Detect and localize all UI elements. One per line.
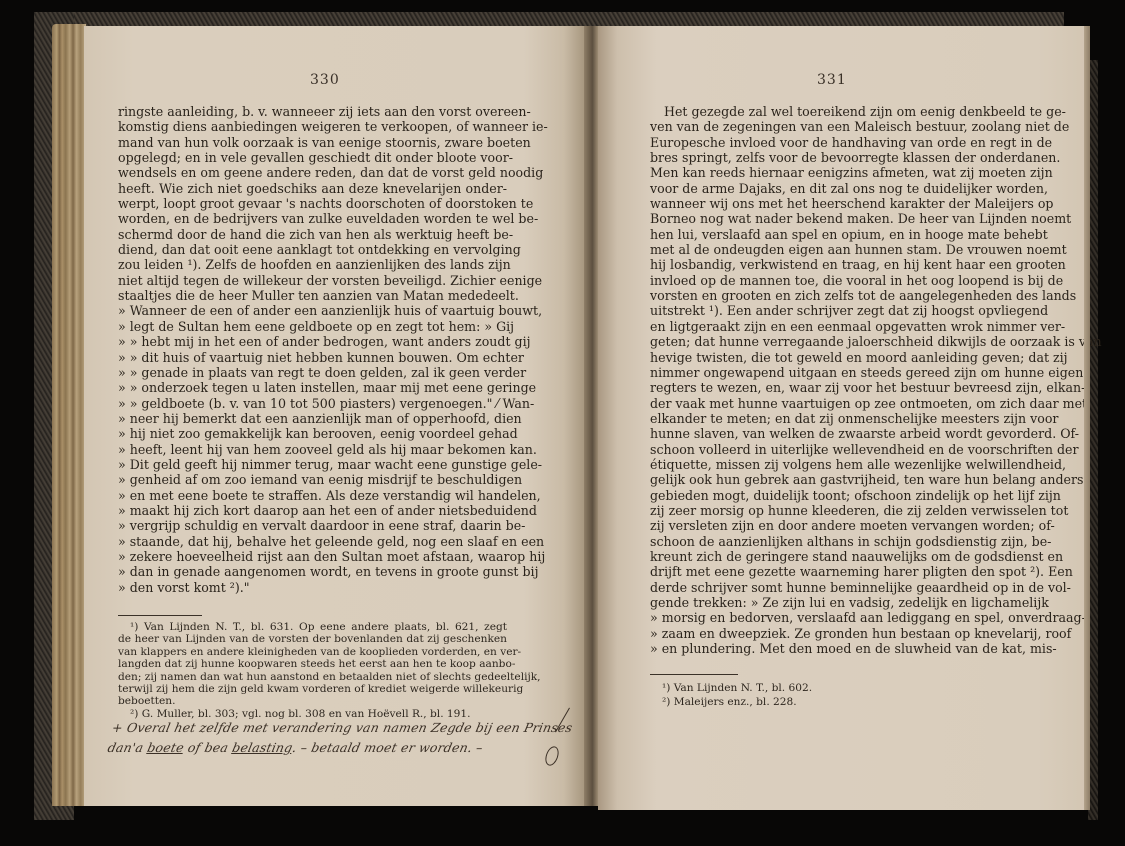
left-page: 330 ringste aanleiding, b. v. wanneeer z… bbox=[84, 26, 584, 806]
text-line: » maakt hij zich kort daarop aan het een… bbox=[118, 503, 507, 518]
handwritten-fragment: . – betaald moet er worden. – bbox=[291, 740, 484, 755]
text-line: schoon de aanzienlijken althans in schij… bbox=[650, 534, 1006, 549]
text-line: » Wanneer de een of ander een aanzienlij… bbox=[118, 303, 507, 318]
text-line: nimmer ongewapend uitgaan en steeds gere… bbox=[650, 365, 1006, 380]
text-line: derde schrijver somt hunne beminnelijke … bbox=[650, 580, 1006, 595]
text-line: hevige twisten, die tot geweld en moord … bbox=[650, 350, 1006, 365]
footnote-line: ¹) Van Lijnden N. T., bl. 631. Op eene a… bbox=[118, 621, 507, 633]
left-footnotes: ¹) Van Lijnden N. T., bl. 631. Op eene a… bbox=[118, 621, 507, 720]
text-line: » en met eene boete te straffen. Als dez… bbox=[118, 488, 507, 503]
left-body-text: ringste aanleiding, b. v. wanneeer zij i… bbox=[118, 104, 507, 595]
right-page-edge bbox=[1084, 26, 1090, 810]
text-line: » hij niet zoo gemakkelijk kan berooven,… bbox=[118, 426, 507, 441]
text-line: » den vorst komt ²)." bbox=[118, 580, 507, 595]
handwritten-annotation: + Overal het zelfde met verandering van … bbox=[106, 718, 575, 758]
footnote-line: langden dat zij hunne koopwaren steeds h… bbox=[118, 658, 507, 670]
text-line: uitstrekt ¹). Een ander schrijver zegt d… bbox=[650, 303, 1006, 318]
handwritten-underlined-word: belasting bbox=[231, 740, 294, 755]
handwritten-fragment: of bea bbox=[182, 740, 234, 755]
text-line: » en plundering. Met den moed en de sluw… bbox=[650, 641, 1006, 656]
text-line: » » genade in plaats van regt te doen ge… bbox=[118, 365, 507, 380]
text-line: zij versleten zijn en door andere moeten… bbox=[650, 518, 1006, 533]
page-stack-edge bbox=[52, 24, 86, 806]
text-line: en ligtgeraakt zijn en een eenmaal opgev… bbox=[650, 319, 1006, 334]
text-line: voor de arme Dajaks, en dit zal ons nog … bbox=[650, 181, 1006, 196]
footnote-rule-left bbox=[118, 615, 202, 616]
text-line: » dan in genade aangenomen wordt, en tev… bbox=[118, 564, 507, 579]
book-cover-top bbox=[34, 12, 1064, 26]
text-line: staaltjes die de heer Muller ten aanzien… bbox=[118, 288, 507, 303]
text-line: ven van de zegeningen van een Maleisch b… bbox=[650, 119, 1006, 134]
text-line: Het gezegde zal wel toereikend zijn om e… bbox=[650, 104, 1006, 119]
text-line: » » geldboete (b. v. van 10 tot 500 pias… bbox=[118, 396, 507, 411]
text-line: ringste aanleiding, b. v. wanneeer zij i… bbox=[118, 104, 507, 119]
text-line: » » dit huis of vaartuig niet hebben kun… bbox=[118, 350, 507, 365]
text-line: worden, en de bedrijvers van zulke euvel… bbox=[118, 211, 507, 226]
handwritten-line-1: + Overal het zelfde met verandering van … bbox=[110, 718, 574, 738]
text-line: » legt de Sultan hem eene geldboete op e… bbox=[118, 319, 507, 334]
text-line: » staande, dat hij, behalve het geleende… bbox=[118, 534, 507, 549]
text-line: elkander te meten; en dat zij onmenschel… bbox=[650, 411, 1006, 426]
text-line: » vergrijp schuldig en vervalt daardoor … bbox=[118, 518, 507, 533]
text-line: Europesche invloed voor de handhaving va… bbox=[650, 135, 1006, 150]
footnote-line: de heer van Lijnden van de vorsten der b… bbox=[118, 633, 507, 645]
text-line: zij zeer morsig op hunne kleederen, die … bbox=[650, 503, 1006, 518]
text-line: Borneo nog wat nader bekend maken. De he… bbox=[650, 211, 1006, 226]
footnote-line: van klappers en andere kleinigheden van … bbox=[118, 646, 507, 658]
text-line: zou leiden ¹). Zelfs de hoofden en aanzi… bbox=[118, 257, 507, 272]
text-line: hen lui, verslaafd aan spel en opium, en… bbox=[650, 227, 1006, 242]
text-line: » genheid af om zoo iemand van eenig mis… bbox=[118, 472, 507, 487]
right-footnotes: ¹) Van Lijnden N. T., bl. 602. ²) Maleij… bbox=[662, 682, 1002, 709]
right-page: 331 Het gezegde zal wel toereikend zijn … bbox=[598, 26, 1086, 810]
text-line: niet altijd tegen de willekeur der vorst… bbox=[118, 273, 507, 288]
text-line: gebieden mogt, duidelijk toont; ofschoon… bbox=[650, 488, 1006, 503]
text-line: » heeft, leent hij van hem zooveel geld … bbox=[118, 442, 507, 457]
handwritten-fragment: dan'a bbox=[106, 740, 149, 755]
text-line: gelijk ook hun gebrek aan gastvrijheid, … bbox=[650, 472, 1006, 487]
handwritten-underlined-word: boete bbox=[146, 740, 186, 755]
text-line: regters te wezen, en, waar zij voor het … bbox=[650, 380, 1006, 395]
text-line: opgelegd; en in vele gevallen geschiedt … bbox=[118, 150, 507, 165]
text-line: gende trekken: » Ze zijn lui en vadsig, … bbox=[650, 595, 1006, 610]
text-line: » zaam en dweepziek. Ze gronden hun best… bbox=[650, 626, 1006, 641]
text-line: diend, dan dat ooit eene aanklagt tot on… bbox=[118, 242, 507, 257]
text-line: » » onderzoek tegen u laten instellen, m… bbox=[118, 380, 507, 395]
book-gutter bbox=[584, 26, 598, 806]
text-line: werpt, loopt groot gevaar 's nachts door… bbox=[118, 196, 507, 211]
text-line: bres springt, zelfs voor de bevoorregte … bbox=[650, 150, 1006, 165]
text-line: komstig diens aanbiedingen weigeren te v… bbox=[118, 119, 507, 134]
footnote-line: ²) Maleijers enz., bl. 228. bbox=[662, 696, 1002, 710]
page-number-left: 330 bbox=[310, 72, 340, 88]
text-line: Men kan reeds hiernaar eenigzins afmeten… bbox=[650, 165, 1006, 180]
text-line: der vaak met hunne vaartuigen op zee ont… bbox=[650, 396, 1006, 411]
text-line: wendsels en om geene andere reden, dan d… bbox=[118, 165, 507, 180]
text-line: étiquette, missen zij volgens hem alle w… bbox=[650, 457, 1006, 472]
text-line: kreunt zich de geringere stand naauwelij… bbox=[650, 549, 1006, 564]
text-line: » morsig en bedorven, verslaafd aan ledi… bbox=[650, 610, 1006, 625]
right-body-text: Het gezegde zal wel toereikend zijn om e… bbox=[650, 104, 1006, 656]
text-line: hij losbandig, verkwistend en traag, en … bbox=[650, 257, 1006, 272]
handwritten-line-2: dan'a boete of bea belasting. – betaald … bbox=[106, 738, 570, 758]
text-line: drijft met eene gezette waarneming harer… bbox=[650, 564, 1006, 579]
text-line: vorsten en grooten en zich zelfs tot de … bbox=[650, 288, 1006, 303]
text-line: schoon volleerd in uiterlijke wellevendh… bbox=[650, 442, 1006, 457]
text-line: geten; dat hunne verregaande jaloerschhe… bbox=[650, 334, 1006, 349]
text-line: » neer hij bemerkt dat een aanzienlijk m… bbox=[118, 411, 507, 426]
footnote-line: beboetten. bbox=[118, 695, 507, 707]
footnote-line: terwijl zij hem die zijn geld kwam vorde… bbox=[118, 683, 507, 695]
text-line: hunne slaven, van welken de zwaarste arb… bbox=[650, 426, 1006, 441]
text-line: » zekere hoeveelheid rijst aan den Sulta… bbox=[118, 549, 507, 564]
page-number-right: 331 bbox=[817, 72, 847, 88]
text-line: wanneer wij ons met het heerschend karak… bbox=[650, 196, 1006, 211]
text-line: invloed op de mannen toe, die vooral in … bbox=[650, 273, 1006, 288]
footnote-line: den; zij namen dan wat hun aanstond en b… bbox=[118, 671, 507, 683]
text-line: » Dit geld geeft hij nimmer terug, maar … bbox=[118, 457, 507, 472]
footnote-rule-right bbox=[650, 674, 738, 675]
text-line: » » hebt mij in het een of ander bedroge… bbox=[118, 334, 507, 349]
text-line: heeft. Wie zich niet goedschiks aan deze… bbox=[118, 181, 507, 196]
text-line: schermd door de hand die zich van hen al… bbox=[118, 227, 507, 242]
text-line: met al de ondeugden eigen aan hunnen sta… bbox=[650, 242, 1006, 257]
footnote-line: ¹) Van Lijnden N. T., bl. 602. bbox=[662, 682, 1002, 696]
text-line: mand van hun volk oorzaak is van eenige … bbox=[118, 135, 507, 150]
